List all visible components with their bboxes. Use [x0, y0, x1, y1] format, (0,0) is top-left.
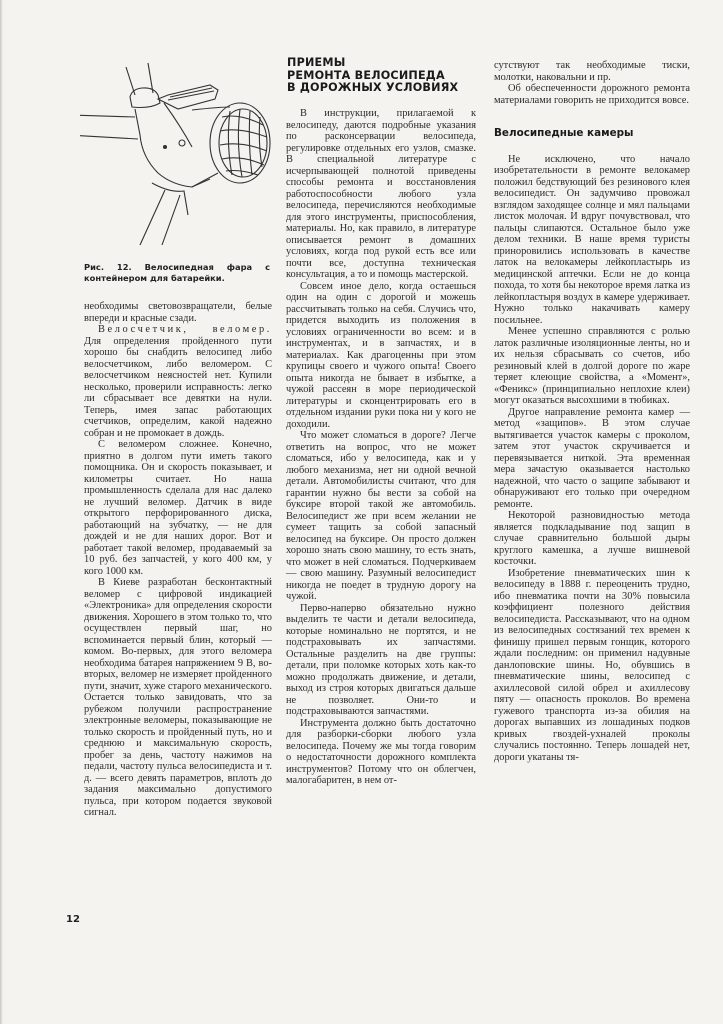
spaced-term: Велосчетчик, веломер.	[98, 324, 272, 335]
headlamp-icon	[80, 55, 280, 255]
bicycle-headlamp-illustration	[80, 55, 280, 255]
article-headline: ПРИЕМЫ РЕМОНТА ВЕЛОСИПЕДА В ДОРОЖНЫХ УСЛ…	[287, 57, 487, 95]
headline-line: В ДОРОЖНЫХ УСЛОВИЯХ	[287, 82, 487, 95]
paragraph: Некоторой разновидностью метода является…	[494, 510, 690, 568]
magazine-page: Рис. 12. Велосипедная фара с контейнером…	[0, 0, 723, 1024]
paragraph: В Киеве разработан бесконтактный веломер…	[84, 577, 272, 819]
paragraph: В инструкции, прилагаемой к велосипеду, …	[286, 108, 476, 281]
figure-caption: Рис. 12. Велосипедная фара с контейнером…	[84, 262, 270, 284]
column-1: необходимы световозвращатели, белые впер…	[84, 301, 272, 819]
page-edge-shadow	[0, 0, 3, 1024]
paragraph: Менее успешно справляются с ролью латок …	[494, 326, 690, 407]
paragraph: Об обеспеченности дорожного ремонта мате…	[494, 83, 690, 106]
column-3: сутствуют так необходимые тиски, молотки…	[494, 60, 690, 763]
column-2: В инструкции, прилагаемой к велосипеду, …	[286, 108, 476, 787]
section-heading: Велосипедные камеры	[494, 128, 690, 140]
paragraph: Что может сломаться в дороге? Легче отве…	[286, 430, 476, 603]
paragraph: С веломером сложнее. Конечно, приятно в …	[84, 439, 272, 577]
paragraph: необходимы световозвращатели, белые впер…	[84, 301, 272, 324]
paragraph-text: Для определения пройденного пути хорошо …	[84, 336, 272, 439]
paragraph: Совсем иное дело, когда остаешься один н…	[286, 281, 476, 431]
paragraph: Перво-наперво обязательно нужно выделить…	[286, 603, 476, 718]
paragraph: Изобретение пневматических шин к велосип…	[494, 568, 690, 764]
paragraph: Велосчетчик, веломер. Для определения пр…	[84, 324, 272, 439]
paragraph: Инструмента должно быть достаточно для р…	[286, 718, 476, 787]
page-number: 12	[66, 914, 80, 925]
paragraph: Не исключено, что начало изобретательнос…	[494, 154, 690, 327]
headline-line: ПРИЕМЫ	[287, 57, 487, 70]
paragraph: сутствуют так необходимые тиски, молотки…	[494, 60, 690, 83]
figure-caption-label: Рис. 12.	[84, 262, 132, 272]
paragraph: Другое направление ремонта камер — метод…	[494, 407, 690, 511]
